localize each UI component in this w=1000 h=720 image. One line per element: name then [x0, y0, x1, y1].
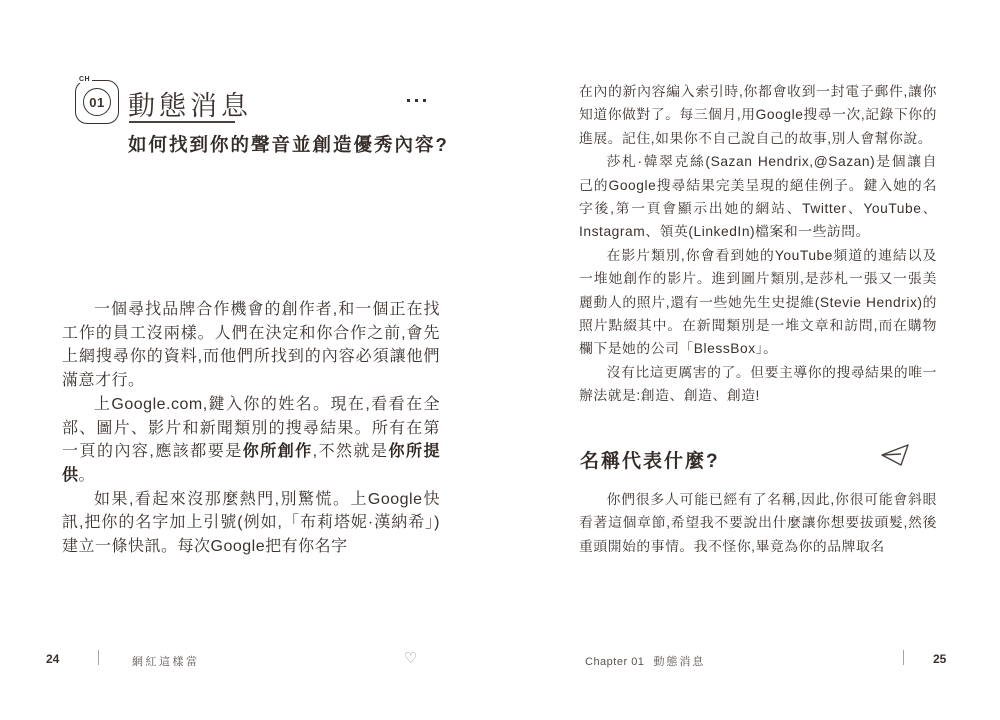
footer-chapter-title: 動態消息	[653, 656, 705, 668]
paragraph: 你們很多人可能已經有了名稱,因此,你很可能會斜眼看著這個章節,希望我不要說出什麼…	[579, 488, 937, 558]
paragraph: 一個尋找品牌合作機會的創作者,和一個正在找工作的員工沒兩樣。人們在決定和你合作之…	[62, 298, 440, 393]
chapter-subtitle: 如何找到你的聲音並創造優秀內容?	[128, 131, 449, 157]
footer-book-title: 網紅這樣當	[132, 653, 200, 669]
chapter-badge-prefix: CH	[77, 76, 92, 83]
footer-divider	[98, 650, 99, 665]
paragraph: 沒有比這更厲害的了。但要主導你的搜尋結果的唯一辦法就是:創造、創造、創造!	[579, 361, 937, 408]
footer-chapter-label: Chapter 01動態消息	[585, 653, 705, 669]
section-heading: 名稱代表什麼?	[580, 446, 720, 473]
left-page-number: 24	[46, 652, 59, 666]
right-page-body: 在內的新內容編入索引時,你都會收到一封電子郵件,讓你知道你做對了。每三個月,用G…	[579, 80, 937, 408]
paper-plane-icon	[880, 442, 910, 468]
book-spread: CH 01 動態消息 如何找到你的聲音並創造優秀內容? 一個尋找品牌合作機會的創…	[0, 0, 1000, 720]
chapter-title: 動態消息	[128, 84, 252, 123]
paragraph: 上Google.com,鍵入你的姓名。現在,看看在全部、圖片、影片和新聞類別的搜…	[62, 393, 440, 488]
footer-divider	[903, 650, 904, 665]
right-page-number: 25	[933, 652, 946, 666]
paragraph: 莎札·韓翠克絲(Sazan Hendrix,@Sazan)是個讓自己的Googl…	[579, 150, 937, 244]
right-page-body-after-heading: 你們很多人可能已經有了名稱,因此,你很可能會斜眼看著這個章節,希望我不要說出什麼…	[579, 488, 937, 558]
left-page-body: 一個尋找品牌合作機會的創作者,和一個正在找工作的員工沒兩樣。人們在決定和你合作之…	[62, 298, 440, 559]
chapter-badge: CH 01	[75, 80, 119, 124]
paragraph: 在內的新內容編入索引時,你都會收到一封電子郵件,讓你知道你做對了。每三個月,用G…	[579, 80, 937, 150]
paragraph: 如果,看起來沒那麼熱門,別驚慌。上Google快訊,把你的名字加上引號(例如,「…	[62, 488, 440, 559]
heart-icon: ♡	[404, 649, 417, 667]
footer-chapter-number: Chapter 01	[585, 656, 644, 668]
chapter-number: 01	[83, 88, 111, 116]
paragraph: 在影片類別,你會看到她的YouTube頻道的連結以及一堆她創作的影片。進到圖片類…	[579, 244, 937, 361]
title-underline-rule	[129, 121, 235, 123]
ellipsis-icon	[407, 99, 426, 102]
